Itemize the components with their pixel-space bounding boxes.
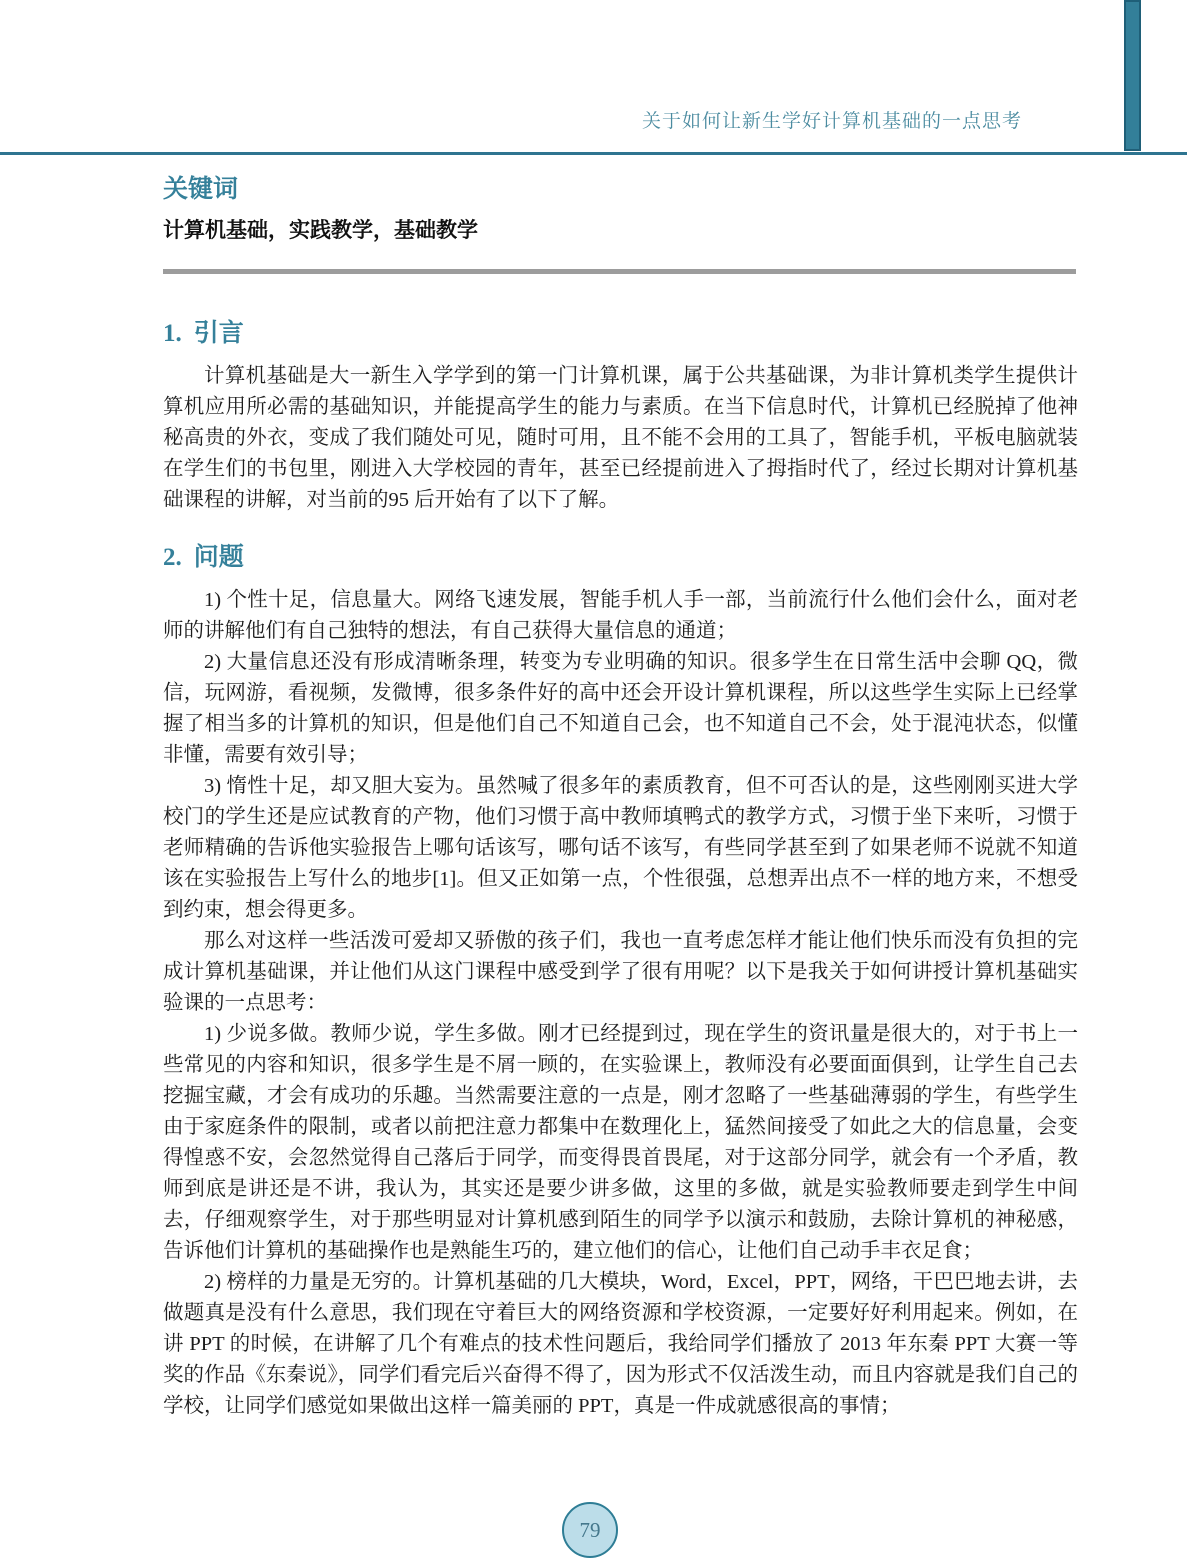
section-1-paragraph: 计算机基础是大一新生入学学到的第一门计算机课，属于公共基础课，为非计算机类学生提… <box>163 361 1078 516</box>
section-2-paragraph: 2) 大量信息还没有形成清晰条理，转变为专业明确的知识。很多学生在日常生活中会聊… <box>163 647 1078 771</box>
side-tab-bar <box>1124 0 1141 151</box>
section-2-paragraph: 那么对这样一些活泼可爱却又骄傲的孩子们，我也一直考虑怎样才能让他们快乐而没有负担… <box>163 926 1078 1019</box>
page-number-badge: 79 <box>562 1502 618 1558</box>
section-2-paragraph: 3) 惰性十足，却又胆大妄为。虽然喊了很多年的素质教育，但不可否认的是，这些刚刚… <box>163 771 1078 926</box>
section-2-paragraph: 2) 榜样的力量是无穷的。计算机基础的几大模块，Word，Excel，PPT，网… <box>163 1267 1078 1422</box>
section-1-heading: 1.引言 <box>163 318 1078 349</box>
section-1-title: 引言 <box>194 319 244 347</box>
section-2-number: 2. <box>163 544 182 571</box>
running-header-title: 关于如何让新生学好计算机基础的一点思考 <box>642 106 1022 133</box>
section-2-title: 问题 <box>194 543 244 571</box>
keywords-heading: 关键词 <box>163 174 1078 204</box>
section-divider <box>163 269 1076 274</box>
keywords-text: 计算机基础，实践教学，基础教学 <box>163 216 1078 244</box>
section-2-paragraph: 1) 少说多做。教师少说，学生多做。刚才已经提到过，现在学生的资讯量是很大的，对… <box>163 1019 1078 1267</box>
section-2-paragraph: 1) 个性十足，信息量大。网络飞速发展，智能手机人手一部，当前流行什么他们会什么… <box>163 585 1078 647</box>
section-1-number: 1. <box>163 320 182 347</box>
section-2-heading: 2.问题 <box>163 542 1078 573</box>
paper-page: 关于如何让新生学好计算机基础的一点思考 关键词 计算机基础，实践教学，基础教学 … <box>0 0 1187 1563</box>
header-rule <box>0 152 1187 155</box>
content-area: 关键词 计算机基础，实践教学，基础教学 1.引言 计算机基础是大一新生入学学到的… <box>163 174 1078 1422</box>
